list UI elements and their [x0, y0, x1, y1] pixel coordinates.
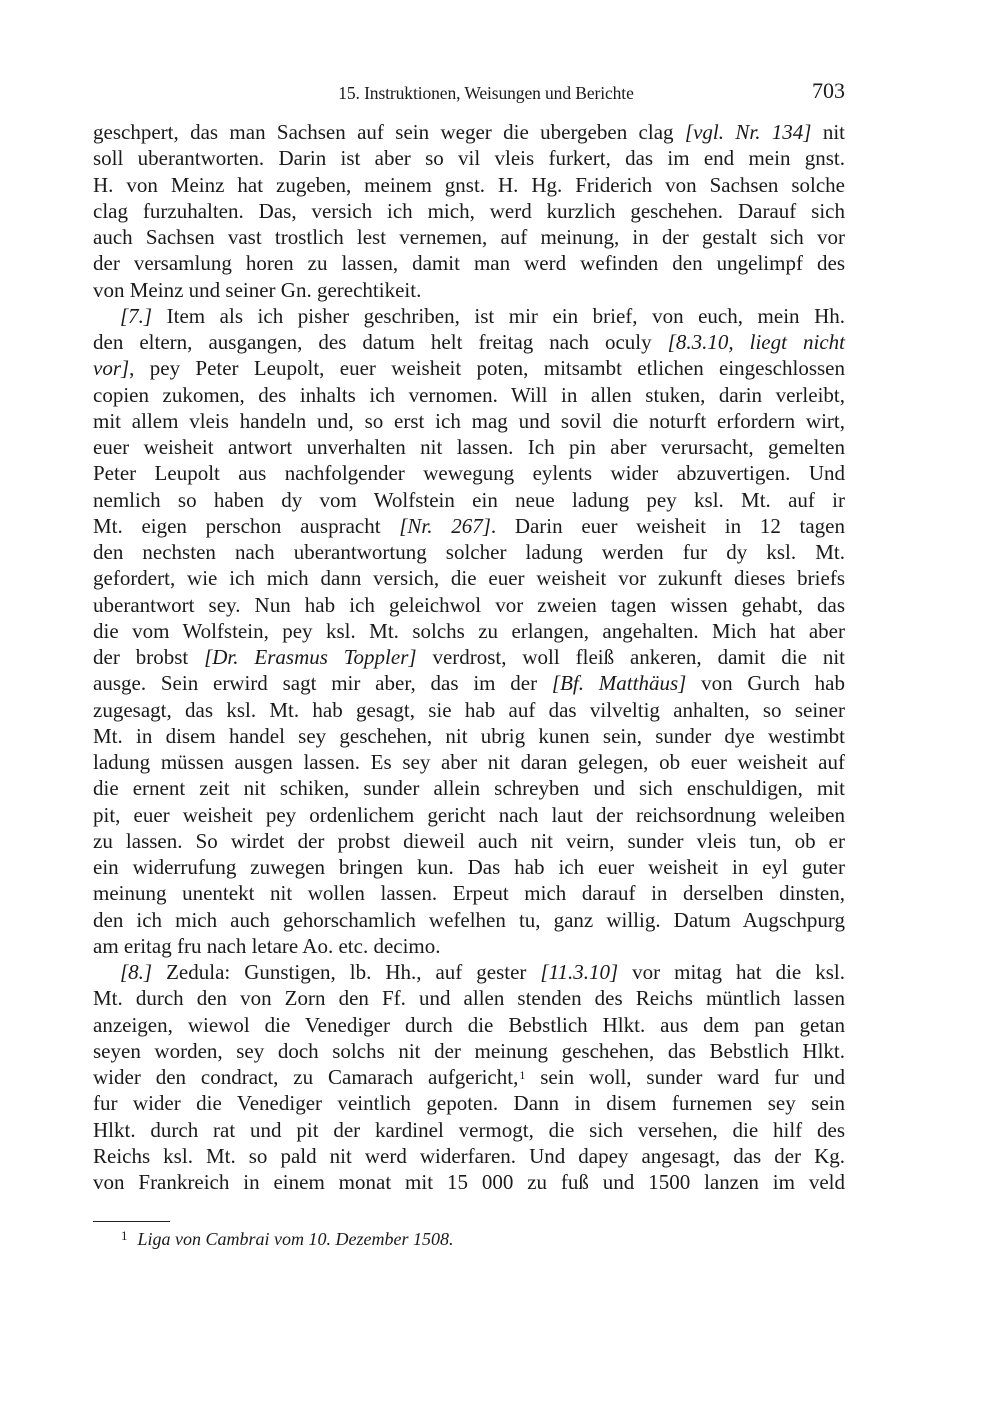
text-line: von Frankreich in einem monat mit 15 000…: [93, 1169, 845, 1195]
text-line: soll uberantworten. Darin ist aber so vi…: [93, 145, 845, 171]
text-line: vor], pey Peter Leupolt, euer weisheit p…: [93, 355, 845, 381]
text-segment: . Darin euer weisheit in 12 tagen: [491, 514, 845, 538]
text-line: den ich mich auch gehorschamlich wefelhe…: [93, 907, 845, 933]
text-line: Mt. eigen perschon auspracht [Nr. 267]. …: [93, 513, 845, 539]
text-segment: pit, euer weisheit pey ordenlichem geric…: [93, 803, 845, 827]
text-segment: zugesagt, das ksl. Mt. hab gesagt, sie h…: [93, 698, 845, 722]
body-text: geschpert, das man Sachsen auf sein wege…: [93, 119, 845, 1195]
footnote-mark: 1: [121, 1228, 128, 1243]
text-line: am eritag fru nach letare Ao. etc. decim…: [93, 933, 845, 959]
editorial-note: [vgl. Nr. 134]: [685, 120, 812, 144]
text-line: Hlkt. durch rat und pit der kardinel ver…: [93, 1117, 845, 1143]
text-line: von Meinz und seiner Gn. gerechtikeit.: [93, 277, 845, 303]
text-segment: mit allem vleis handeln und, so erst ich…: [93, 409, 845, 433]
text-line: Mt. durch den von Zorn den Ff. und allen…: [93, 985, 845, 1011]
text-line: Reichs ksl. Mt. so pald nit werd widerfa…: [93, 1143, 845, 1169]
text-segment: , pey Peter Leupolt, euer weisheit poten…: [129, 356, 845, 380]
text-segment: der versamlung horen zu lassen, damit ma…: [93, 251, 845, 275]
text-segment: von Meinz und seiner Gn. gerechtikeit.: [93, 278, 421, 302]
text-segment: wider den condract, zu Camarach aufgeric…: [93, 1065, 518, 1089]
text-segment: nit: [811, 120, 845, 144]
text-segment: sein woll, sunder ward fur und: [525, 1065, 845, 1089]
text-segment: gefordert, wie ich mich dann versich, di…: [93, 566, 845, 590]
text-line: meinung unentekt nit wollen lassen. Erpe…: [93, 880, 845, 906]
text-segment: Mt. eigen perschon auspracht: [93, 514, 399, 538]
text-line: der versamlung horen zu lassen, damit ma…: [93, 250, 845, 276]
editorial-note: vor]: [93, 356, 129, 380]
text-segment: Reichs ksl. Mt. so pald nit werd widerfa…: [93, 1144, 845, 1168]
text-segment: vor mitag hat die ksl.: [618, 960, 845, 984]
text-line: clag furzuhalten. Das, versich ich mich,…: [93, 198, 845, 224]
text-line: seyen worden, sey doch solchs nit der me…: [93, 1038, 845, 1064]
text-segment: Hlkt. durch rat und pit der kardinel ver…: [93, 1118, 845, 1142]
text-line: der brobst [Dr. Erasmus Toppler] verdros…: [93, 644, 845, 670]
editorial-note: [Bf. Matthäus]: [552, 671, 686, 695]
editorial-note: [11.3.10]: [540, 960, 618, 984]
editorial-note: [Nr. 267]: [399, 514, 491, 538]
text-line: copien zukomen, des inhalts ich vernomen…: [93, 382, 845, 408]
editorial-note: [7.]: [120, 304, 152, 328]
text-segment: euer weisheit antwort unverhalten nit la…: [93, 435, 845, 459]
text-segment: geschpert, das man Sachsen auf sein wege…: [93, 120, 685, 144]
text-segment: der brobst: [93, 645, 204, 669]
text-line: gefordert, wie ich mich dann versich, di…: [93, 565, 845, 591]
text-segment: Mt. in disem handel sey geschehen, nit u…: [93, 724, 845, 748]
text-line: mit allem vleis handeln und, so erst ich…: [93, 408, 845, 434]
text-line: Mt. in disem handel sey geschehen, nit u…: [93, 723, 845, 749]
editorial-note: [Dr. Erasmus Toppler]: [204, 645, 416, 669]
text-segment: zu lassen. So wirdet der probst dieweil …: [93, 829, 845, 853]
text-line: die vom Wolfstein, pey ksl. Mt. solchs z…: [93, 618, 845, 644]
text-segment: nemlich so haben dy vom Wolfstein ein ne…: [93, 488, 845, 512]
text-segment: von Gurch hab: [686, 671, 845, 695]
text-line: auch Sachsen vast trostlich lest verneme…: [93, 224, 845, 250]
text-segment: uberantwort sey. Nun hab ich geleichwol …: [93, 593, 845, 617]
text-line: den nechsten nach uberantwortung solcher…: [93, 539, 845, 565]
footnote-text: Liga von Cambrai vom 10. Dezember 1508.: [138, 1229, 454, 1249]
text-line: ein widerrufung zuwegen bringen kun. Das…: [93, 854, 845, 880]
running-title: 15. Instruktionen, Weisungen und Bericht…: [93, 83, 845, 104]
text-segment: Peter Leupolt aus nachfolgender wewegung…: [93, 461, 845, 485]
text-line: [7.] Item als ich pisher geschriben, ist…: [93, 303, 845, 329]
text-line: Peter Leupolt aus nachfolgender wewegung…: [93, 460, 845, 486]
text-segment: die ernent zeit nit schiken, sunder alle…: [93, 776, 845, 800]
text-segment: den ich mich auch gehorschamlich wefelhe…: [93, 908, 845, 932]
text-segment: Zedula: Gunstigen, lb. Hh., auf gester: [152, 960, 540, 984]
page-number: 703: [812, 78, 845, 104]
text-segment: H. von Meinz hat zugeben, meinem gnst. H…: [93, 173, 845, 197]
text-line: geschpert, das man Sachsen auf sein wege…: [93, 119, 845, 145]
text-segment: von Frankreich in einem monat mit 15 000…: [93, 1170, 845, 1194]
text-line: nemlich so haben dy vom Wolfstein ein ne…: [93, 487, 845, 513]
text-segment: den nechsten nach uberantwortung solcher…: [93, 540, 845, 564]
text-segment: soll uberantworten. Darin ist aber so vi…: [93, 146, 845, 170]
running-head: 15. Instruktionen, Weisungen und Bericht…: [93, 78, 845, 108]
text-segment: ein widerrufung zuwegen bringen kun. Das…: [93, 855, 845, 879]
text-line: fur wider die Venediger veintlich gepote…: [93, 1090, 845, 1116]
text-line: anzeigen, wiewol die Venediger durch die…: [93, 1012, 845, 1038]
text-segment: copien zukomen, des inhalts ich vernomen…: [93, 383, 845, 407]
text-segment: ausge. Sein erwird sagt mir aber, das im…: [93, 671, 552, 695]
text-segment: Mt. durch den von Zorn den Ff. und allen…: [93, 986, 845, 1010]
footnote: 1Liga von Cambrai vom 10. Dezember 1508.: [121, 1229, 453, 1250]
text-segment: seyen worden, sey doch solchs nit der me…: [93, 1039, 845, 1063]
text-segment: verdrost, woll fleiß ankeren, damit die …: [417, 645, 845, 669]
editorial-note: [8.]: [120, 960, 152, 984]
text-line: die ernent zeit nit schiken, sunder alle…: [93, 775, 845, 801]
text-line: uberantwort sey. Nun hab ich geleichwol …: [93, 592, 845, 618]
text-segment: ladung müssen ausgen lassen. Es sey aber…: [93, 750, 845, 774]
text-segment: clag furzuhalten. Das, versich ich mich,…: [93, 199, 845, 223]
text-segment: anzeigen, wiewol die Venediger durch die…: [93, 1013, 845, 1037]
text-line: den eltern, ausgangen, des datum helt fr…: [93, 329, 845, 355]
text-line: ladung müssen ausgen lassen. Es sey aber…: [93, 749, 845, 775]
text-line: zugesagt, das ksl. Mt. hab gesagt, sie h…: [93, 697, 845, 723]
text-segment: fur wider die Venediger veintlich gepote…: [93, 1091, 845, 1115]
text-segment: meinung unentekt nit wollen lassen. Erpe…: [93, 881, 845, 905]
text-line: pit, euer weisheit pey ordenlichem geric…: [93, 802, 845, 828]
text-segment: Item als ich pisher geschriben, ist mir …: [152, 304, 845, 328]
text-segment: am eritag fru nach letare Ao. etc. decim…: [93, 934, 441, 958]
text-line: wider den condract, zu Camarach aufgeric…: [93, 1064, 845, 1090]
text-line: ausge. Sein erwird sagt mir aber, das im…: [93, 670, 845, 696]
text-line: [8.] Zedula: Gunstigen, lb. Hh., auf ges…: [93, 959, 845, 985]
footnote-reference[interactable]: 1: [519, 1068, 525, 1082]
text-line: zu lassen. So wirdet der probst dieweil …: [93, 828, 845, 854]
editorial-note: [8.3.10, liegt nicht: [668, 330, 845, 354]
footnote-divider: [93, 1221, 170, 1222]
text-segment: die vom Wolfstein, pey ksl. Mt. solchs z…: [93, 619, 845, 643]
text-segment: den eltern, ausgangen, des datum helt fr…: [93, 330, 668, 354]
text-segment: auch Sachsen vast trostlich lest verneme…: [93, 225, 845, 249]
text-line: euer weisheit antwort unverhalten nit la…: [93, 434, 845, 460]
text-line: H. von Meinz hat zugeben, meinem gnst. H…: [93, 172, 845, 198]
